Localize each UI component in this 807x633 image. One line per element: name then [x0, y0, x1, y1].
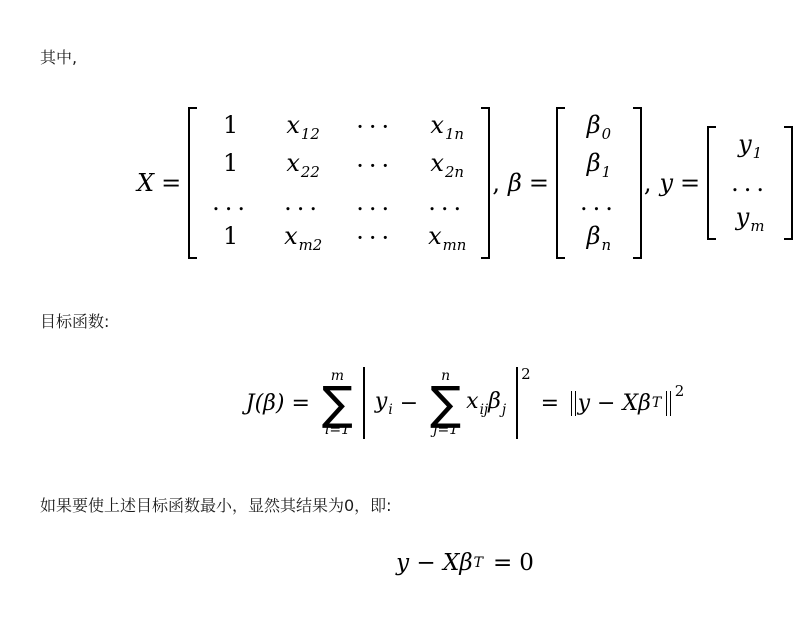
matrix-cell: βn — [587, 224, 611, 253]
math-term-xij: xij — [466, 389, 488, 417]
vector-y: y1 ... ym — [707, 126, 793, 240]
matrix-cell: xm2 — [284, 224, 322, 253]
left-bracket — [707, 126, 716, 240]
matrix-cell-dots: ... — [212, 190, 250, 215]
matrix-cell: x12 — [286, 113, 319, 142]
norm-group: y − Xβ T 2 — [569, 391, 684, 416]
sum-lower-limit: i=1 — [325, 423, 350, 437]
matrix-cell-dots: ··· — [356, 226, 394, 251]
math-var-y: y — [659, 169, 673, 197]
left-bracket — [556, 107, 565, 259]
matrix-cell: β0 — [587, 113, 611, 142]
equals-sign: = — [493, 550, 512, 576]
sigma-icon: ∑ — [430, 385, 461, 421]
right-bracket — [481, 107, 490, 259]
vector-beta-grid: β0 β1 ... βn — [568, 107, 630, 259]
norm-body: y − Xβ — [578, 391, 651, 416]
absolute-value-group: yi − n ∑ j=1 xij βj — [363, 367, 518, 439]
comma: , — [644, 169, 652, 197]
paragraph-minimize-note: 如果要使上述目标函数最小，显然其结果为0，即: — [0, 495, 807, 517]
math-term-yi: yi — [375, 389, 393, 417]
equation-result: y − XβT = 0 — [0, 550, 807, 576]
transpose-superscript: T — [652, 395, 661, 411]
math-lhs-J-beta: J(β) — [246, 391, 285, 416]
summation-inner: n ∑ j=1 — [430, 367, 461, 439]
matrix-cell: β1 — [587, 151, 611, 180]
transpose-superscript: T — [474, 555, 483, 571]
equals-sign: = — [541, 391, 559, 416]
math-var-X: X — [137, 169, 154, 197]
abs-exponent: 2 — [521, 367, 531, 382]
minus-sign: − — [400, 391, 418, 416]
sigma-icon: ∑ — [322, 385, 353, 421]
matrix-cell: 1 — [223, 224, 239, 253]
math-var-beta: β — [508, 169, 522, 197]
matrix-cell: 1 — [223, 113, 239, 142]
matrix-cell: x1n — [430, 113, 464, 142]
matrix-cell: 1 — [223, 151, 239, 180]
article-content: 其中, X = 1 x12 ··· x1n 1 x22 ··· x2n ... … — [0, 47, 807, 576]
matrix-cell: x2n — [430, 151, 464, 180]
matrix-X-grid: 1 x12 ··· x1n 1 x22 ··· x2n ... ... ... … — [200, 107, 478, 259]
comma: , — [492, 169, 500, 197]
sum-lower-limit: j=1 — [433, 423, 458, 437]
right-bracket — [784, 126, 793, 240]
result-body: y − Xβ — [396, 550, 473, 576]
zero-value: 0 — [519, 550, 534, 576]
right-bracket — [633, 107, 642, 259]
matrix-cell-dots: ... — [428, 190, 466, 215]
matrix-cell-dots: ... — [284, 190, 322, 215]
matrix-cell: xmn — [428, 224, 466, 253]
matrix-X: 1 x12 ··· x1n 1 x22 ··· x2n ... ... ... … — [188, 107, 490, 259]
left-bracket — [188, 107, 197, 259]
matrix-cell-dots: ··· — [356, 154, 394, 179]
norm-double-bar — [571, 391, 576, 416]
equals-sign: = — [529, 169, 549, 197]
matrix-cell: x22 — [286, 151, 319, 180]
equals-sign: = — [161, 169, 181, 197]
equals-sign: = — [680, 169, 700, 197]
math-term-betaj: βj — [488, 389, 506, 417]
matrix-cell-dots: ... — [356, 190, 394, 215]
matrix-cell-dots: ... — [731, 171, 769, 196]
matrix-cell-dots: ··· — [356, 115, 394, 140]
equation-matrix-definitions: X = 1 x12 ··· x1n 1 x22 ··· x2n ... ... … — [0, 107, 807, 259]
vector-y-grid: y1 ... ym — [719, 126, 781, 240]
vector-beta: β0 β1 ... βn — [556, 107, 642, 259]
paragraph-intro: 其中, — [0, 47, 807, 69]
equals-sign: = — [291, 391, 309, 416]
matrix-cell: ym — [736, 205, 765, 234]
paragraph-objective-label: 目标函数: — [0, 311, 807, 333]
norm-exponent: 2 — [675, 384, 685, 399]
summation-outer: m ∑ i=1 — [322, 367, 353, 439]
matrix-cell-dots: ... — [580, 190, 618, 215]
matrix-cell: y1 — [738, 132, 762, 161]
norm-double-bar — [666, 391, 671, 416]
equation-objective: J(β) = m ∑ i=1 yi − n ∑ j=1 xij βj 2 = y… — [0, 367, 807, 439]
